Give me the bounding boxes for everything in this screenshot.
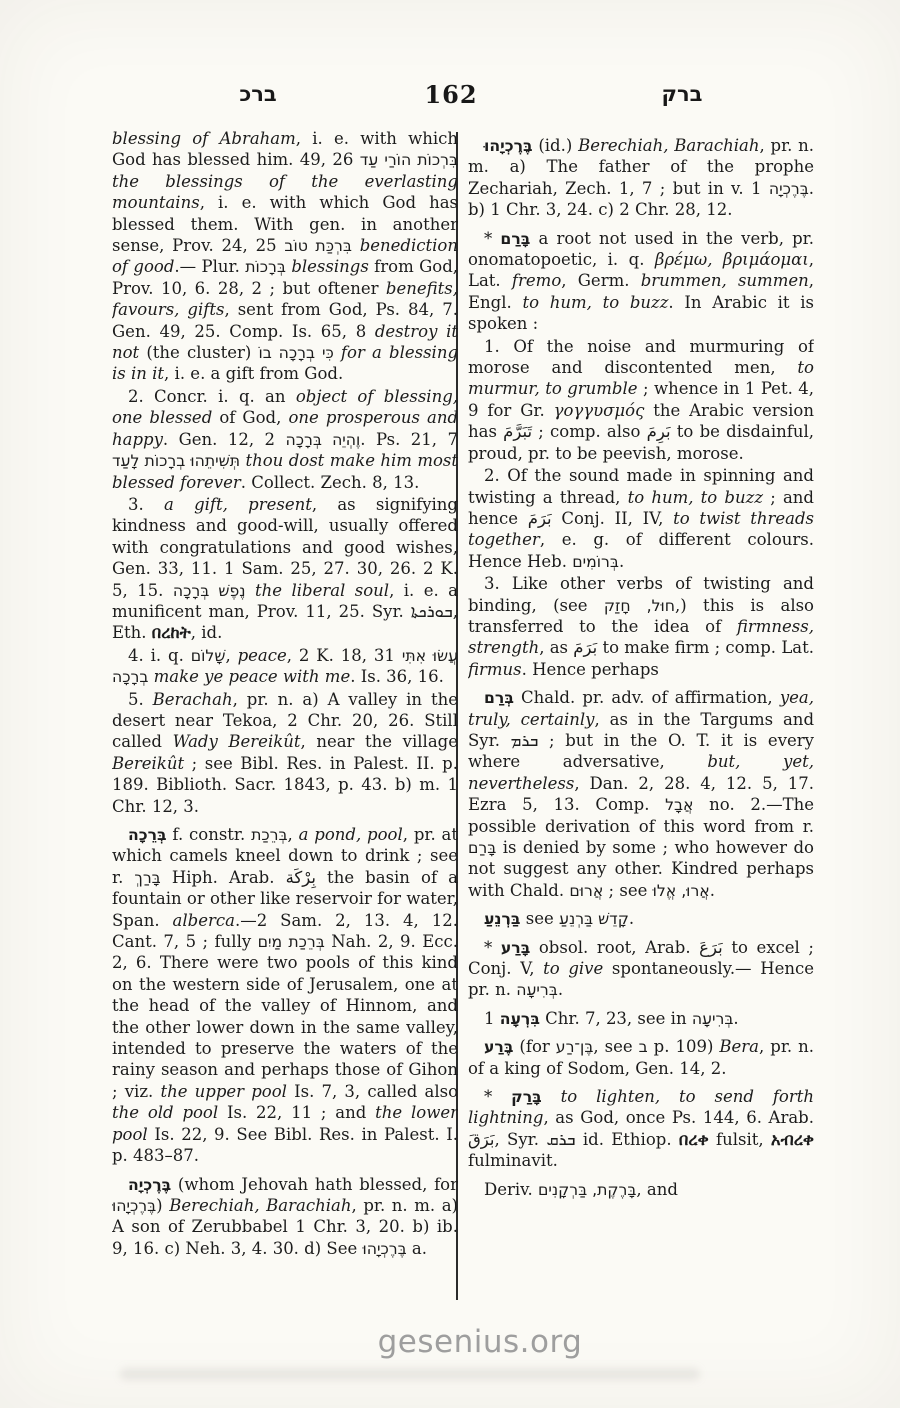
derivatives-line: Deriv. בָּרֶקֶת, בַּרְקָנִים, and (468, 1179, 814, 1200)
text-run: , near the village (300, 732, 458, 751)
he-text-run: קָדֵשׁ בַּרְנֵעַ (559, 909, 629, 928)
text-run: 1. Of the noise and murmuring of morose … (468, 337, 814, 377)
i-text-run: brummen, summen (641, 271, 809, 290)
i-text-run: Berachah (153, 690, 233, 709)
text-run: , id. (191, 623, 223, 642)
entry-root-baraq: * בָּרַק to lighten, to send forth light… (468, 1086, 814, 1172)
i-text-run: the liberal soul (255, 581, 389, 600)
text-run: .— Plur. (174, 257, 245, 276)
entry-bera-king-of-sodom: בֶּרַע (for בֶּן־רַע, see ב p. 109) Bera… (468, 1036, 814, 1079)
entry-birah-crossref: בִּרְעָה 1 Chr. 7, 23, see in בְּרִיעָה. (468, 1008, 814, 1029)
entry-root-baram: * בָּרַם a root not used in the verb, pr… (468, 228, 814, 335)
bleed-through-smudge (120, 1368, 700, 1380)
text-run: , as God, once Ps. 144, 6. Arab. (543, 1108, 814, 1127)
text-run: (id.) (533, 136, 578, 155)
text-run: . Hence perhaps (522, 660, 659, 679)
i-text-run: Berechiah, Barachiah (169, 1196, 351, 1215)
page-number: 162 (424, 80, 477, 109)
i-text-run: to hum, to buzz (522, 293, 668, 312)
he-text-run: בָּרַךְ (134, 868, 160, 887)
i-text-run: Wady Bereikût (173, 732, 301, 751)
he-text-run: כִּי בְרָכָה בוֹ (258, 343, 333, 362)
text-run: (for (513, 1037, 555, 1056)
text-run (246, 581, 255, 600)
text-run: . (619, 552, 624, 571)
he-text-run: ב (639, 1037, 648, 1056)
he-text-run: אֲרוּם (569, 881, 603, 900)
he-text-run: בְּרִיעָה (516, 980, 558, 999)
i-text-run: a pond, pool (299, 825, 403, 844)
text-run: (whom Jehovah hath blessed, for (171, 1175, 458, 1194)
he-text-run: בָּרַם (468, 838, 496, 857)
ar-text-run: بَرِمَ (647, 422, 671, 441)
he-text-run: בִּרְכַּת טוֹב (284, 236, 351, 255)
he-text-run: אֲבָל (665, 795, 693, 814)
he-text-run: בְּרֵכָה (128, 825, 167, 844)
text-run: . Collect. Zech. 8, 13. (241, 473, 420, 492)
he-text-run: בִּרְכוֹת הוֹרַי עַד (360, 150, 458, 169)
text-run: Nah. 2, 9. Ecc. 2, 6. There were two poo… (112, 932, 458, 1101)
he-text-run: בֶּרַע (484, 1037, 513, 1056)
text-run: 5. (128, 690, 153, 709)
entry-beram-chaldee: בְּרַם Chald. pr. adv. of affirmation, y… (468, 687, 814, 901)
running-head-right-catchword: ברק (662, 82, 703, 106)
i-text-run: make ye peace with me (154, 667, 351, 686)
sense-4-peace: 4. i. q. שָׁלוֹם, peace, 2 K. 18, 31 עֲש… (112, 645, 458, 688)
entry-berekah-pool: בְּרֵכָה f. constr. בְּרֵכַת, a pond, po… (112, 824, 458, 1167)
he-text-run: בָּרֶקֶת, בַּרְקָנִים (538, 1180, 636, 1199)
he-text-run: בְּרָכוֹת (245, 257, 286, 276)
text-run: (the cluster) (139, 343, 258, 362)
he-text-run: בָּרַם (500, 229, 530, 248)
eth-text-run: አብረቀ (771, 1130, 814, 1149)
text-run: Is. 22, 11 ; and (218, 1103, 375, 1122)
he-text-run: חוּל, חָזַק (604, 596, 675, 615)
text-run: , 2 K. 18, 31 (287, 646, 402, 665)
text-run: obsol. root, Arab. (530, 938, 699, 957)
text-run: fulminavit. (468, 1151, 558, 1170)
text-run: * (484, 1087, 511, 1106)
he-text-run: בְּרַם (484, 688, 514, 707)
text-run: , (288, 825, 299, 844)
he-text-run: אֲרוּ, אֱלוּ (653, 881, 710, 900)
text-run: of God, (212, 408, 288, 427)
text-run: 2. Concr. i. q. an (128, 387, 296, 406)
he-text-run: שָׁלוֹם (191, 646, 226, 665)
he-text-run: בֶּרֶכְיָהוּ (363, 1239, 407, 1258)
ar-text-run: تَبَرَّمَ (503, 422, 532, 441)
he-text-run: בְּרוֹמִים (572, 552, 619, 571)
text-run: , and (636, 1180, 678, 1199)
he-text-run: בֶּרֶכְיָה (128, 1175, 171, 1194)
text-run: Is. 7, 3, called also (287, 1082, 458, 1101)
i-text-run: firmus (468, 660, 522, 679)
text-run: Conj. II, IV, (552, 509, 673, 528)
sense-1-murmur: 1. Of the noise and murmuring of morose … (468, 336, 814, 464)
text-run: , i. e. a gift from God. (164, 364, 343, 383)
ar-text-run: بِرْكَة (286, 868, 316, 887)
i-text-run: the old pool (112, 1103, 218, 1122)
sense-3-gift-present: 3. a gift, present, as signifying kindne… (112, 494, 458, 644)
text-run: 4. i. q. (128, 646, 191, 665)
ar-text-run: بَرَمَ (528, 509, 552, 528)
eth-text-run: በረከት (152, 623, 191, 642)
he-text-run: בִּרְעָה (500, 1009, 540, 1028)
text-run: . (558, 980, 563, 999)
i-text-run: γογγυσμός (554, 401, 645, 420)
he-text-run: בֶּרֶכְיָהוּ (484, 136, 533, 155)
i-text-run: alberca (173, 911, 235, 930)
he-text-run: בָּרַע (501, 938, 530, 957)
text-run (352, 236, 360, 255)
text-run: * (484, 229, 500, 248)
i-text-run: to give (543, 959, 603, 978)
text-run: ; see (603, 881, 652, 900)
text-run: . (629, 909, 634, 928)
sy-text-run: ܒܪܡ (511, 731, 539, 750)
text-run: . Ps. 21, 7 (360, 430, 458, 449)
he-text-run: בְּרֵכַת (251, 825, 287, 844)
i-text-run: Bera (719, 1037, 759, 1056)
text-run: , as (539, 638, 573, 657)
ar-text-run: بَرَمَ (573, 638, 597, 657)
text-run (334, 343, 341, 362)
he-text-run: תְּשִׁיתֵהוּ בְרָכוֹת לָעַד (112, 451, 240, 470)
he-text-run: בֶּן־רַע (556, 1037, 594, 1056)
text-run: , see (593, 1037, 638, 1056)
text-run: p. 109) (648, 1037, 720, 1056)
ar-text-run: بَرَعَ (699, 938, 723, 957)
text-run: . Gen. 12, 2 (163, 430, 286, 449)
i-text-run: βρέμω, βριμάομαι (655, 250, 809, 269)
he-text-run: בֶּרֶכְיָהוּ (112, 1196, 156, 1215)
i-text-run: peace (238, 646, 287, 665)
text-run: ; comp. also (532, 422, 647, 441)
text-run: to make firm ; comp. Lat. (597, 638, 814, 657)
text-run: id. Ethiop. (576, 1130, 679, 1149)
he-text-run: בַּרְנֵעַ (484, 909, 520, 928)
text-run: f. constr. (167, 825, 251, 844)
text-run: Chald. pr. adv. of affirmation, (514, 688, 780, 707)
i-text-run: the upper pool (160, 1082, 286, 1101)
text-run: Deriv. (484, 1180, 538, 1199)
watermark: gesenius.org (378, 1324, 583, 1360)
he-text-run: נֶפֶשׁ בְּרָכָה (173, 581, 246, 600)
sense-5-berachah-valley: 5. Berachah, pr. n. a) A valley in the d… (112, 689, 458, 817)
sy-text-run: ܒܪܩ (546, 1130, 575, 1149)
text-run: . Is. 36, 16. (350, 667, 444, 686)
text-run: . (710, 881, 715, 900)
he-text-run: בֶּרֶכְיָה (769, 179, 809, 198)
text-run: , Germ. (561, 271, 640, 290)
entry-barnea-crossref: בַּרְנֵעַ see קָדֵשׁ בַּרְנֵעַ. (468, 908, 814, 929)
he-text-run: בְּרִיעָה (692, 1009, 734, 1028)
right-column: בֶּרֶכְיָהוּ (id.) Berechiah, Barachiah,… (468, 128, 814, 1316)
he-text-run: וֶהְיֵה בְּרָכָה (286, 430, 361, 449)
text-run: Hiph. Arab. (161, 868, 286, 887)
text-run (542, 1087, 561, 1106)
text-run: * (484, 938, 501, 957)
text-run: , Syr. (495, 1130, 547, 1149)
entry-berechiahu: בֶּרֶכְיָהוּ (id.) Berechiah, Barachiah,… (468, 135, 814, 221)
text-run: ) (156, 1196, 169, 1215)
left-column: blessing of Abraham, i. e. with which Go… (112, 128, 458, 1316)
eth-text-run: በረቀ (679, 1130, 709, 1149)
entry-root-bara: * בָּרַע obsol. root, Arab. بَرَعَ to ex… (468, 937, 814, 1001)
i-text-run: blessings (291, 257, 368, 276)
text-run: see (520, 909, 559, 928)
sense-2-spinning: 2. Of the sound made in spinning and twi… (468, 465, 814, 572)
scanned-lexicon-page: ברכ 162 ברק blessing of Abraham, i. e. w… (0, 0, 900, 1408)
he-text-run: בָּרַק (511, 1087, 542, 1106)
he-text-run: בְּרֵכַת מַיִם (258, 932, 325, 951)
entry-berechiah: בֶּרֶכְיָה (whom Jehovah hath blessed, f… (112, 1174, 458, 1260)
text-run: . (733, 1009, 738, 1028)
text-run: a. (407, 1239, 427, 1258)
sy-text-run: ܒܘܪܟܬܐ (411, 602, 453, 621)
i-text-run: blessing of Abraham (112, 129, 296, 148)
i-text-run: a gift, present (164, 495, 312, 514)
i-text-run: to hum, to buzz (628, 488, 763, 507)
i-text-run: fremo (512, 271, 561, 290)
sense-2-object-of-blessing: 2. Concr. i. q. an object of blessing, o… (112, 386, 458, 493)
i-text-run: Bereikût (112, 754, 184, 773)
text-run: fulsit, (709, 1130, 771, 1149)
i-text-run: Berechiah, Barachiah (578, 136, 759, 155)
ar-text-run: بَرَقَ (468, 1130, 495, 1149)
entry-berakah-continuation: blessing of Abraham, i. e. with which Go… (112, 128, 458, 385)
sense-3-firmness: 3. Like other verbs of twisting and bind… (468, 573, 814, 680)
running-head-left-catchword: ברכ (239, 82, 276, 106)
text-run: 3. (128, 495, 164, 514)
text-run: Is. 22, 9. See Bibl. Res. in Palest. I. … (112, 1125, 458, 1165)
text-run: , (225, 646, 237, 665)
